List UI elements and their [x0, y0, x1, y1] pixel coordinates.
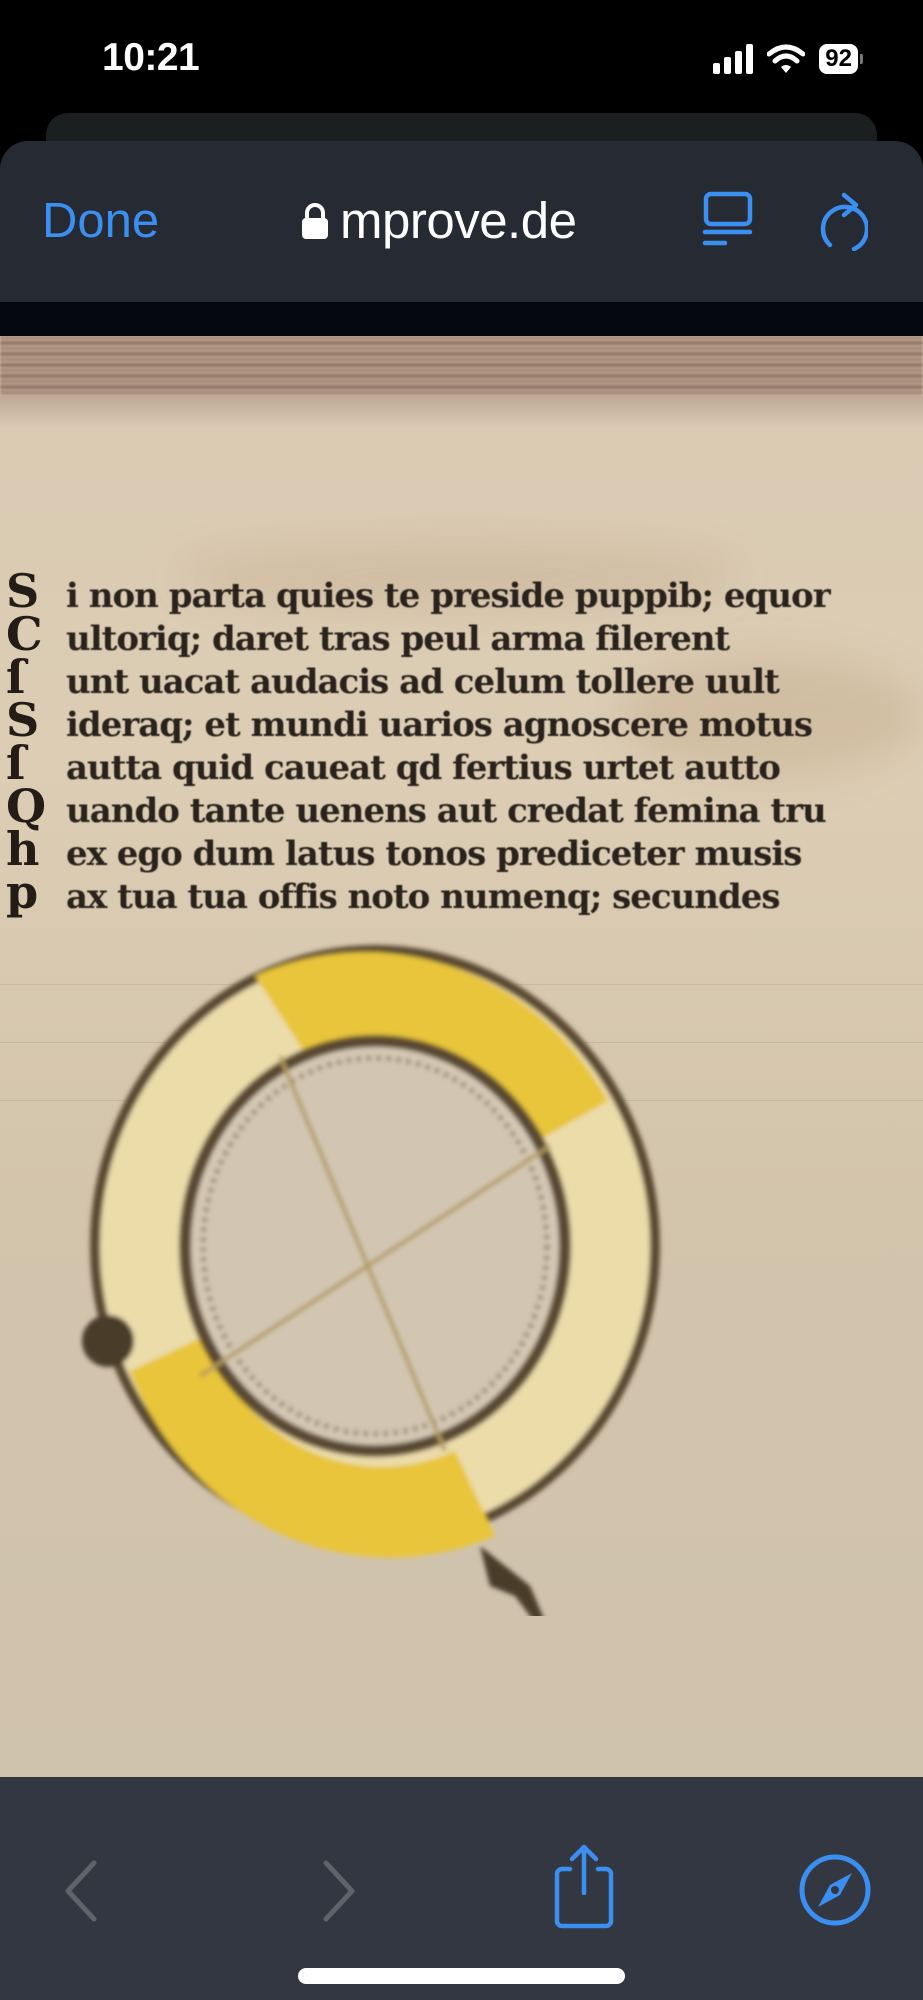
- manuscript-line: Si non parta quies te preside puppib; eq…: [6, 564, 923, 607]
- url-text: mprove.de: [340, 191, 576, 250]
- forward-chevron-icon[interactable]: [318, 1859, 358, 1923]
- status-icons: 92: [713, 44, 863, 74]
- status-time: 10:21: [102, 36, 199, 80]
- initial-letter: p: [6, 865, 66, 919]
- line-text: ex ego dum latus tonos prediceter musis: [66, 834, 801, 874]
- line-text: ultoriq; daret tras peul arma filerent: [66, 619, 729, 659]
- battery-level: 92: [819, 44, 858, 74]
- address-display[interactable]: mprove.de: [300, 191, 576, 250]
- compass-icon[interactable]: [798, 1853, 872, 1927]
- line-text: autta quid caueat qd fertius urtet autto: [66, 748, 780, 788]
- manuscript-text: Si non parta quies te preside puppib; eq…: [6, 564, 923, 908]
- page-edge-shadow: [0, 396, 923, 426]
- wifi-icon: [767, 44, 805, 74]
- done-button[interactable]: Done: [42, 193, 159, 249]
- line-text: unt uacat audacis ad celum tollere uult: [66, 662, 779, 702]
- page-top-divider: [0, 302, 923, 336]
- browser-toolbar: [0, 1777, 923, 2000]
- back-chevron-icon[interactable]: [62, 1859, 102, 1923]
- share-icon[interactable]: [552, 1843, 616, 1931]
- line-text: ideraq; et mundi uarios agnoscere motus: [66, 705, 812, 745]
- status-bar: 10:21 92: [0, 0, 923, 113]
- cellular-signal-icon: [713, 44, 753, 74]
- page-edge: [0, 336, 923, 396]
- battery-icon: 92: [819, 44, 863, 74]
- manuscript-page[interactable]: Si non parta quies te preside puppib; eq…: [0, 336, 923, 1777]
- ring-diagram: [60, 896, 710, 1616]
- lock-icon: [300, 202, 330, 240]
- reader-view-icon[interactable]: [700, 191, 754, 247]
- line-text: i non parta quies te preside puppib; equ…: [66, 576, 830, 616]
- line-text: uando tante uenens aut credat femina tru: [66, 791, 826, 831]
- reload-icon[interactable]: [812, 191, 868, 251]
- home-indicator[interactable]: [298, 1968, 625, 1984]
- browser-header: Done mprove.de: [0, 141, 923, 302]
